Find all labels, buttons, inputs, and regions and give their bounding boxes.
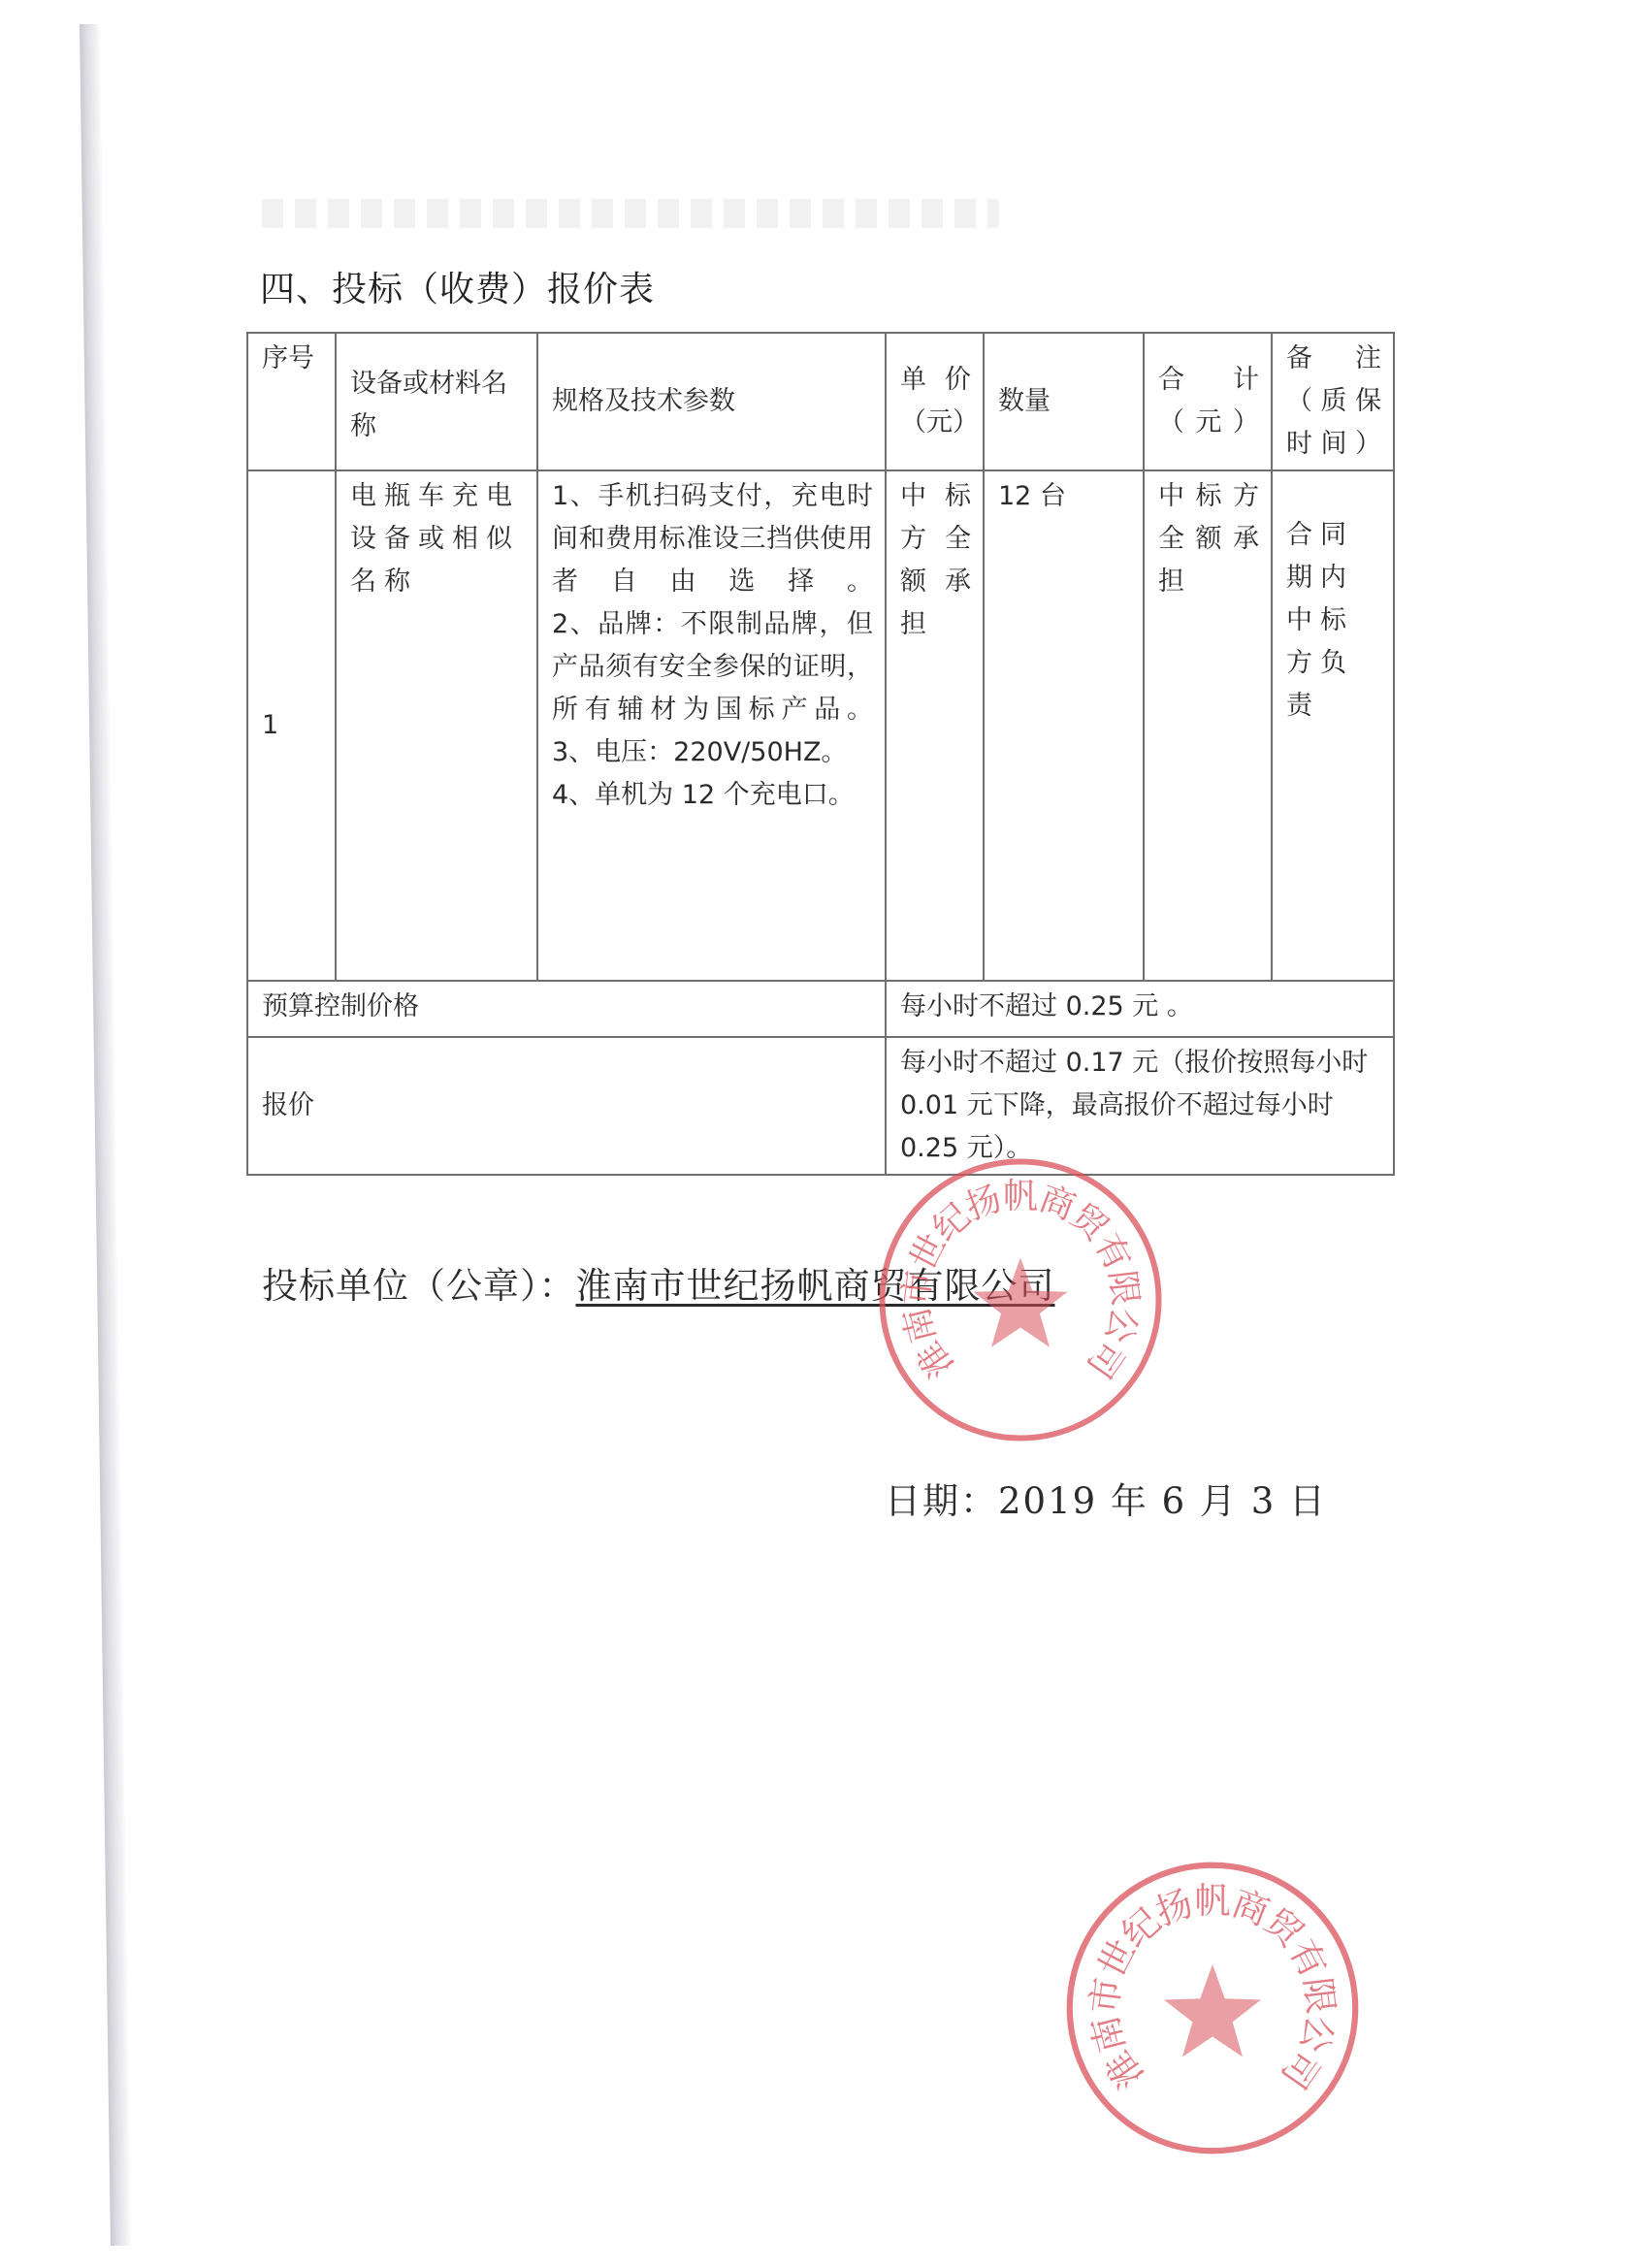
quote-label: 报价 [247, 1037, 886, 1175]
table-header-row: 序号 设备或材料名称 规格及技术参数 单价（元） 数量 合计（元） 备注（质保时… [247, 333, 1394, 470]
date-label: 日期： [885, 1480, 998, 1522]
cell-unit-price: 中标方全额承担 [886, 470, 984, 981]
svg-text:商: 商 [1034, 1179, 1081, 1228]
svg-text:司: 司 [1273, 2043, 1328, 2097]
spec-item: 2、品牌：不限制品牌，但产品须有安全参保的证明，所有辅材为国标产品。 [552, 603, 873, 731]
cell-name: 电瓶车充电设备或相似名称 [336, 470, 537, 981]
header-quantity: 数量 [984, 333, 1144, 470]
svg-text:贸: 贸 [1256, 1899, 1312, 1957]
header-spec: 规格及技术参数 [537, 333, 886, 470]
svg-text:帆: 帆 [1003, 1177, 1038, 1216]
svg-text:限: 限 [1296, 1975, 1342, 2016]
svg-text:南: 南 [896, 1304, 944, 1347]
cell-seq: 1 [247, 470, 336, 981]
cell-quantity: 12 台 [984, 470, 1144, 981]
cell-remark: 合同期内中标方负责 [1272, 470, 1394, 981]
budget-row: 预算控制价格 每小时不超过 0.25 元 。 [247, 981, 1394, 1037]
header-name: 设备或材料名称 [336, 333, 537, 470]
svg-text:市: 市 [1083, 1975, 1129, 2016]
svg-text:扬: 扬 [1149, 1881, 1198, 1933]
cell-total: 中标方全额承担 [1144, 470, 1272, 981]
svg-text:公: 公 [1097, 1304, 1145, 1347]
bidder-label: 投标单位（公章）： [262, 1265, 576, 1307]
svg-text:贸: 贸 [1063, 1196, 1116, 1249]
spec-item: 3、电压：220V/50HZ。 [552, 731, 873, 774]
spec-item: 1、手机扫码支付，充电时间和费用标准设三挡供使用者自由选择。 [552, 475, 873, 603]
header-remark: 备注（质保时间） [1272, 333, 1394, 470]
quote-row: 报价 每小时不超过 0.17 元（报价按照每小时 0.01 元下降，最高报价不超… [247, 1037, 1394, 1175]
header-seq: 序号 [247, 333, 336, 470]
spec-item: 4、单机为 12 个充电口。 [552, 774, 873, 817]
svg-text:纪: 纪 [925, 1196, 978, 1249]
quote-value: 每小时不超过 0.17 元（报价按照每小时 0.01 元下降，最高报价不超过每小… [886, 1037, 1394, 1175]
svg-text:帆: 帆 [1194, 1879, 1230, 1922]
company-seal-icon: 淮南市世纪扬帆商贸有限公司 [1062, 1858, 1363, 2158]
svg-text:扬: 扬 [960, 1179, 1007, 1228]
budget-label: 预算控制价格 [247, 981, 886, 1037]
date-value: 2019 年 6 月 3 日 [998, 1480, 1327, 1522]
svg-text:司: 司 [1079, 1334, 1131, 1385]
bidder-company: 淮南市世纪扬帆商贸有限公司 [576, 1265, 1055, 1307]
table-row: 1 电瓶车充电设备或相似名称 1、手机扫码支付，充电时间和费用标准设三挡供使用者… [247, 470, 1394, 981]
cell-spec: 1、手机扫码支付，充电时间和费用标准设三挡供使用者自由选择。 2、品牌：不限制品… [537, 470, 886, 981]
svg-text:公: 公 [1292, 2012, 1342, 2057]
section-title: 四、投标（收费）报价表 [260, 262, 655, 311]
quote-table: 序号 设备或材料名称 规格及技术参数 单价（元） 数量 合计（元） 备注（质保时… [246, 332, 1395, 1176]
svg-text:纪: 纪 [1114, 1899, 1169, 1956]
svg-text:世: 世 [1089, 1932, 1144, 1984]
svg-text:淮: 淮 [910, 1334, 962, 1385]
scan-edge-shadow [80, 24, 132, 2246]
bleed-through-text [262, 199, 999, 228]
svg-text:有: 有 [1280, 1932, 1335, 1984]
header-total: 合计（元） [1144, 333, 1272, 470]
svg-text:有: 有 [1086, 1227, 1138, 1277]
budget-value: 每小时不超过 0.25 元 。 [886, 981, 1394, 1037]
svg-text:南: 南 [1083, 2012, 1133, 2057]
svg-text:淮: 淮 [1096, 2043, 1151, 2097]
bidder-signature: 投标单位（公章）：淮南市世纪扬帆商贸有限公司 [262, 1256, 1055, 1309]
date-line: 日期：2019 年 6 月 3 日 [885, 1472, 1327, 1524]
svg-text:商: 商 [1226, 1881, 1275, 1933]
svg-text:限: 限 [1101, 1268, 1145, 1308]
header-unit-price: 单价（元） [886, 333, 984, 470]
